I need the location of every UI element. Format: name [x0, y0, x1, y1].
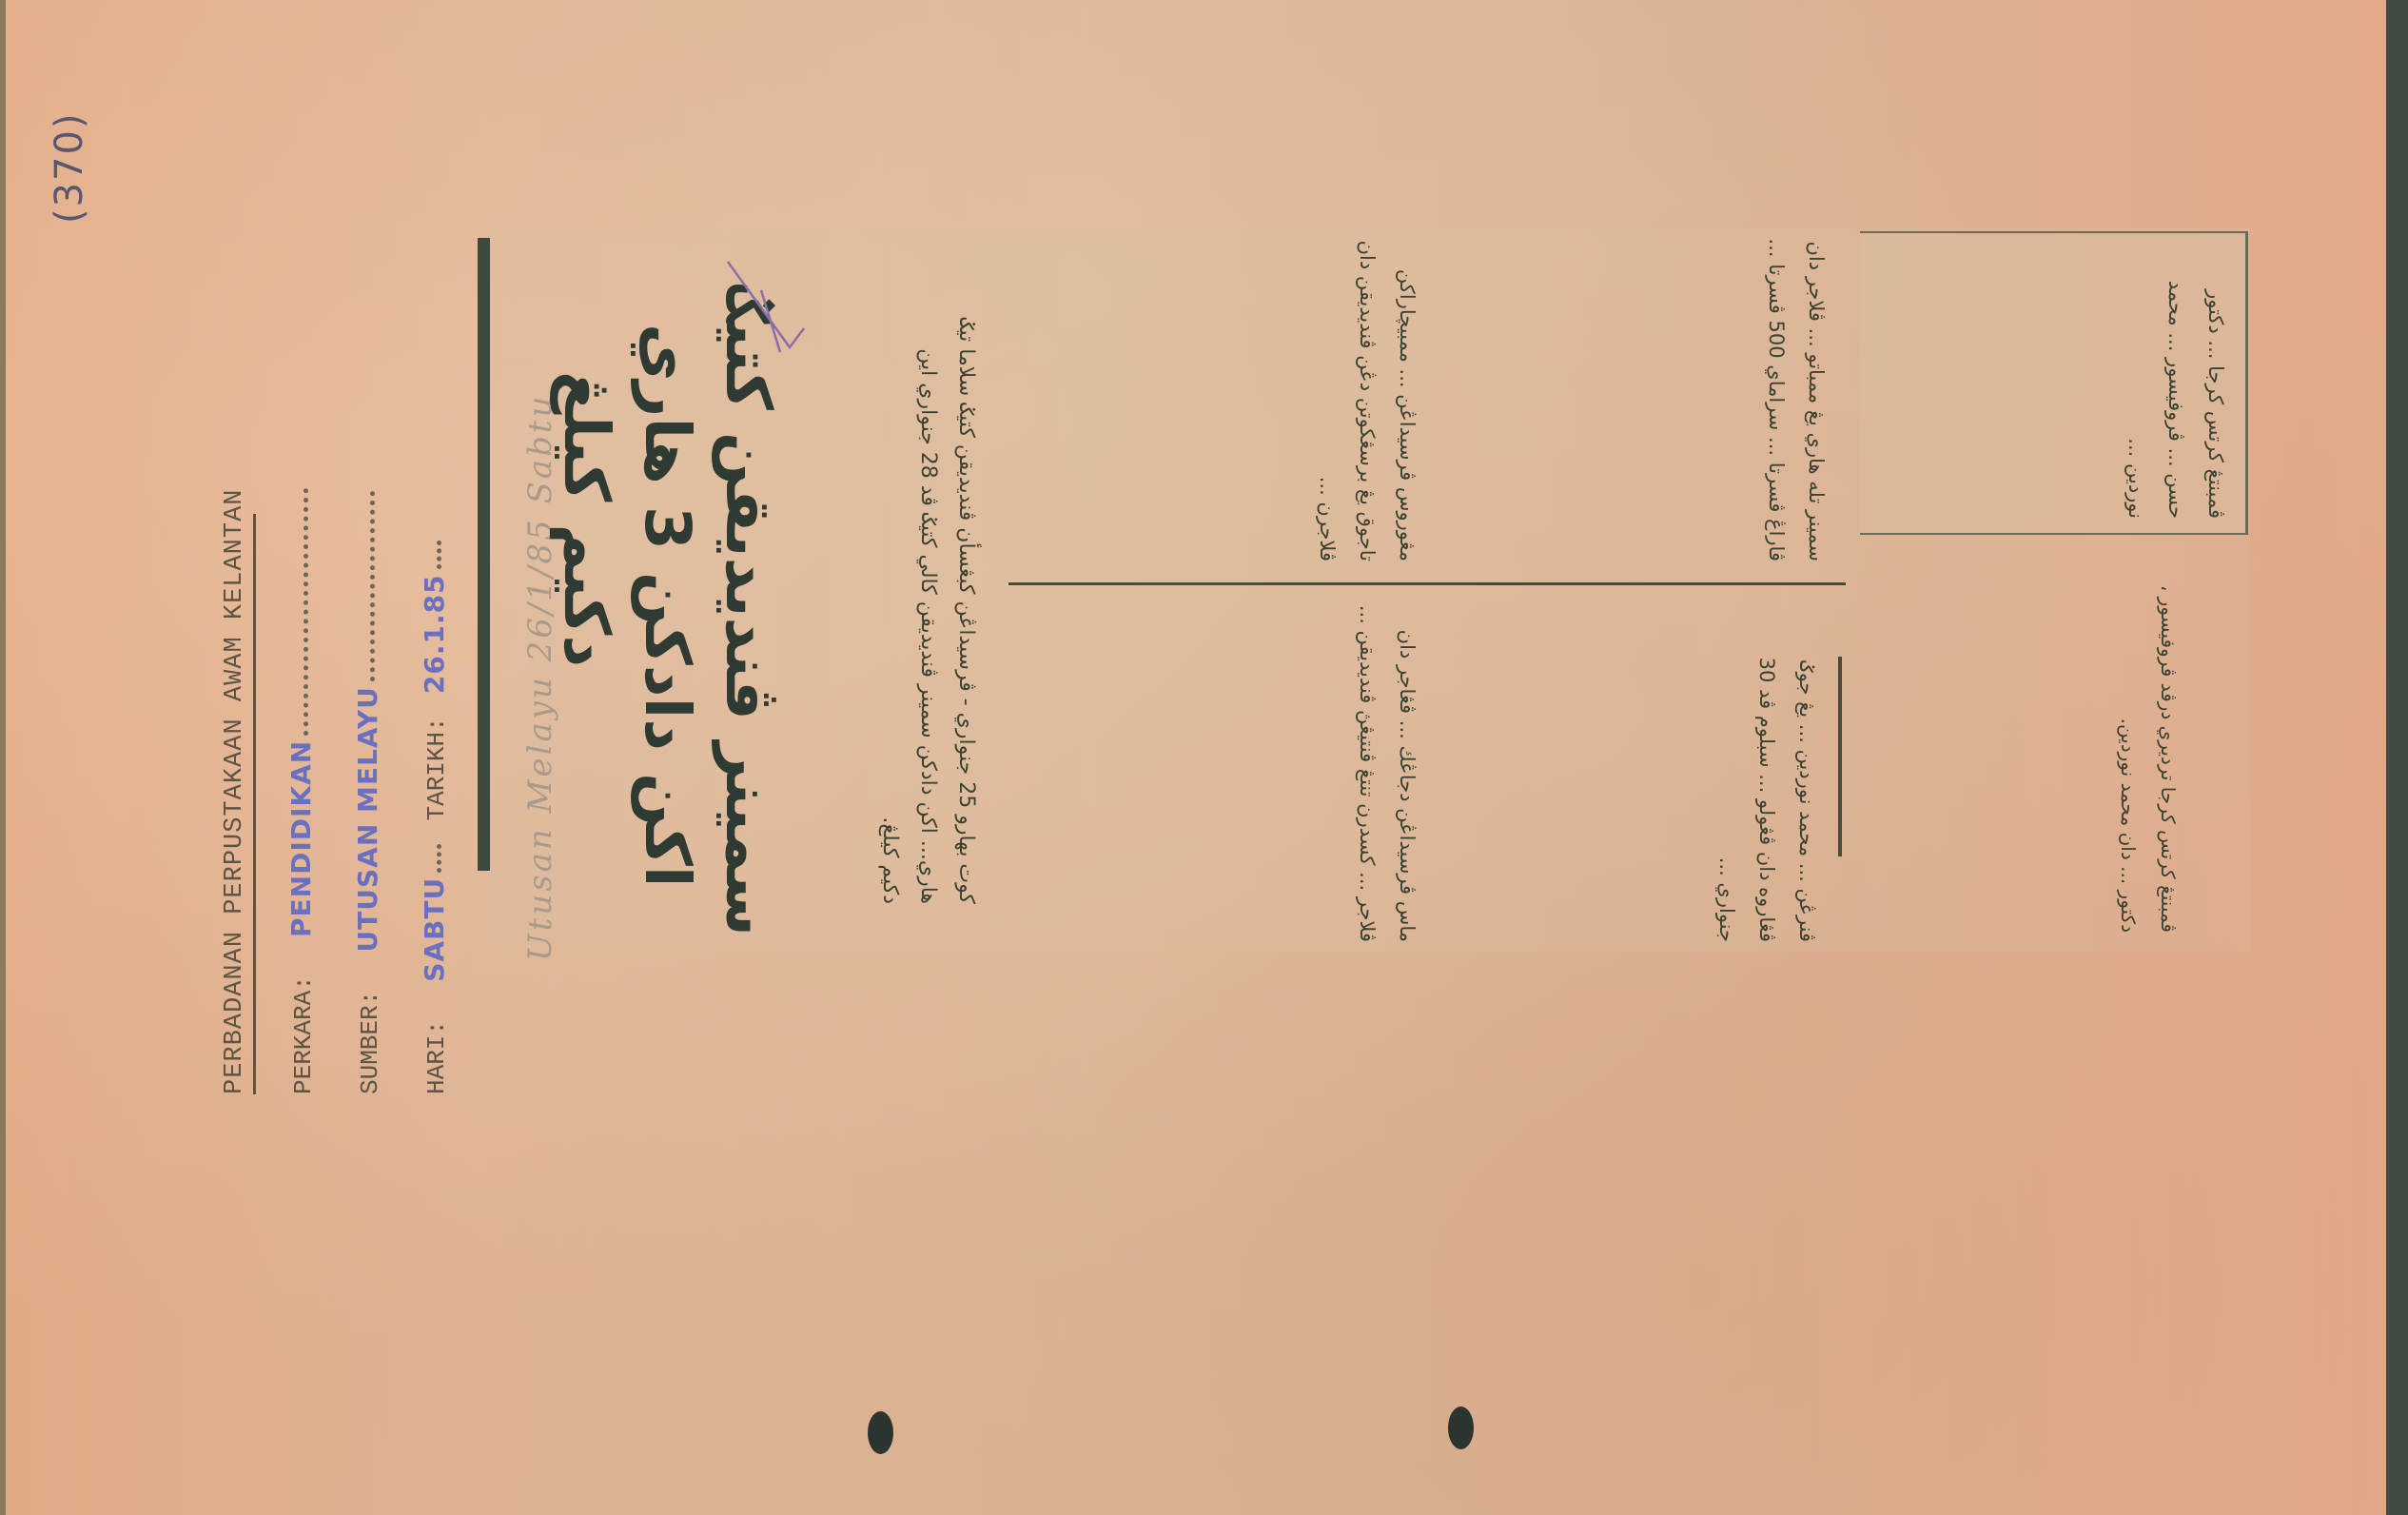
lead-paragraph: كوت بهارو 25 جنواري - ڤرسيداڠن كبڠسأن ڤن…	[823, 314, 985, 904]
tarikh-value: 26.1.85	[419, 574, 450, 694]
headline-line-2: اكن دادكن 3 هاري	[631, 324, 704, 887]
punch-hole	[1448, 1407, 1474, 1449]
page-number: (370)	[48, 111, 91, 224]
tarikh-label: TARIKH:	[422, 717, 451, 820]
dotted-line	[303, 488, 308, 736]
field-hari: HARI: SABTU TARIKH: 26.1.85	[419, 541, 451, 1094]
body-column-4: ڤنرڠن ... محمد نوردين ... يڠ جوݢ ڤڠاروه …	[1427, 600, 1827, 942]
column-divider	[1008, 582, 1846, 585]
end-rule	[1838, 657, 1842, 856]
pencil-tick-icon	[723, 257, 809, 362]
headline-line-3: دكيم كيلڠ	[550, 371, 623, 667]
body-column-5: ڤمبنتڠ كرتس كرجا ... دكتور حسن ... ڤروفي…	[1874, 243, 2236, 519]
perkara-label: PERKARA:	[289, 975, 318, 1094]
body-column-1: مڠوروس ڤرسيداڠن ... ممبيچاراكن تاجوق يڠ …	[1008, 238, 1427, 561]
dotted-line	[370, 491, 375, 681]
sidebar-text: ڤمبنتڠ كرتس كرجا ترديري درڤد ڤروفيسور ، …	[1846, 571, 2188, 933]
card-left-edge	[0, 0, 6, 1515]
scan-background-strip	[2386, 0, 2408, 1515]
library-header: PERBADANAN PERPUSTAKAAN AWAM KELANTAN	[221, 514, 256, 1094]
hari-value: SABTU	[419, 877, 450, 982]
sumber-label: SUMBER:	[356, 991, 384, 1094]
punch-hole	[868, 1411, 893, 1454]
body-column-3: ماس ڤرسيداڠن دجاڠك ... ڤڠاجر دان ڤلاجر .…	[1008, 600, 1427, 942]
perkara-value: PENDIDIKAN	[285, 740, 317, 937]
sumber-value: UTUSAN MELAYU	[352, 686, 383, 952]
field-perkara: PERKARA: PENDIDIKAN	[285, 488, 318, 1094]
hari-label: HARI:	[422, 1020, 451, 1094]
dotted-line	[437, 541, 441, 569]
body-column-2: سمينر تله هاري يڠ ممباتو ... ڤلاجر دان ڤ…	[1427, 238, 1836, 561]
headline-line-1: سمينر ڤنديديقن كتيݢ	[712, 285, 785, 936]
field-sumber: SUMBER: UTUSAN MELAYU	[352, 491, 384, 1094]
dotted-line	[437, 844, 441, 873]
clipping-border-bar	[478, 238, 490, 871]
